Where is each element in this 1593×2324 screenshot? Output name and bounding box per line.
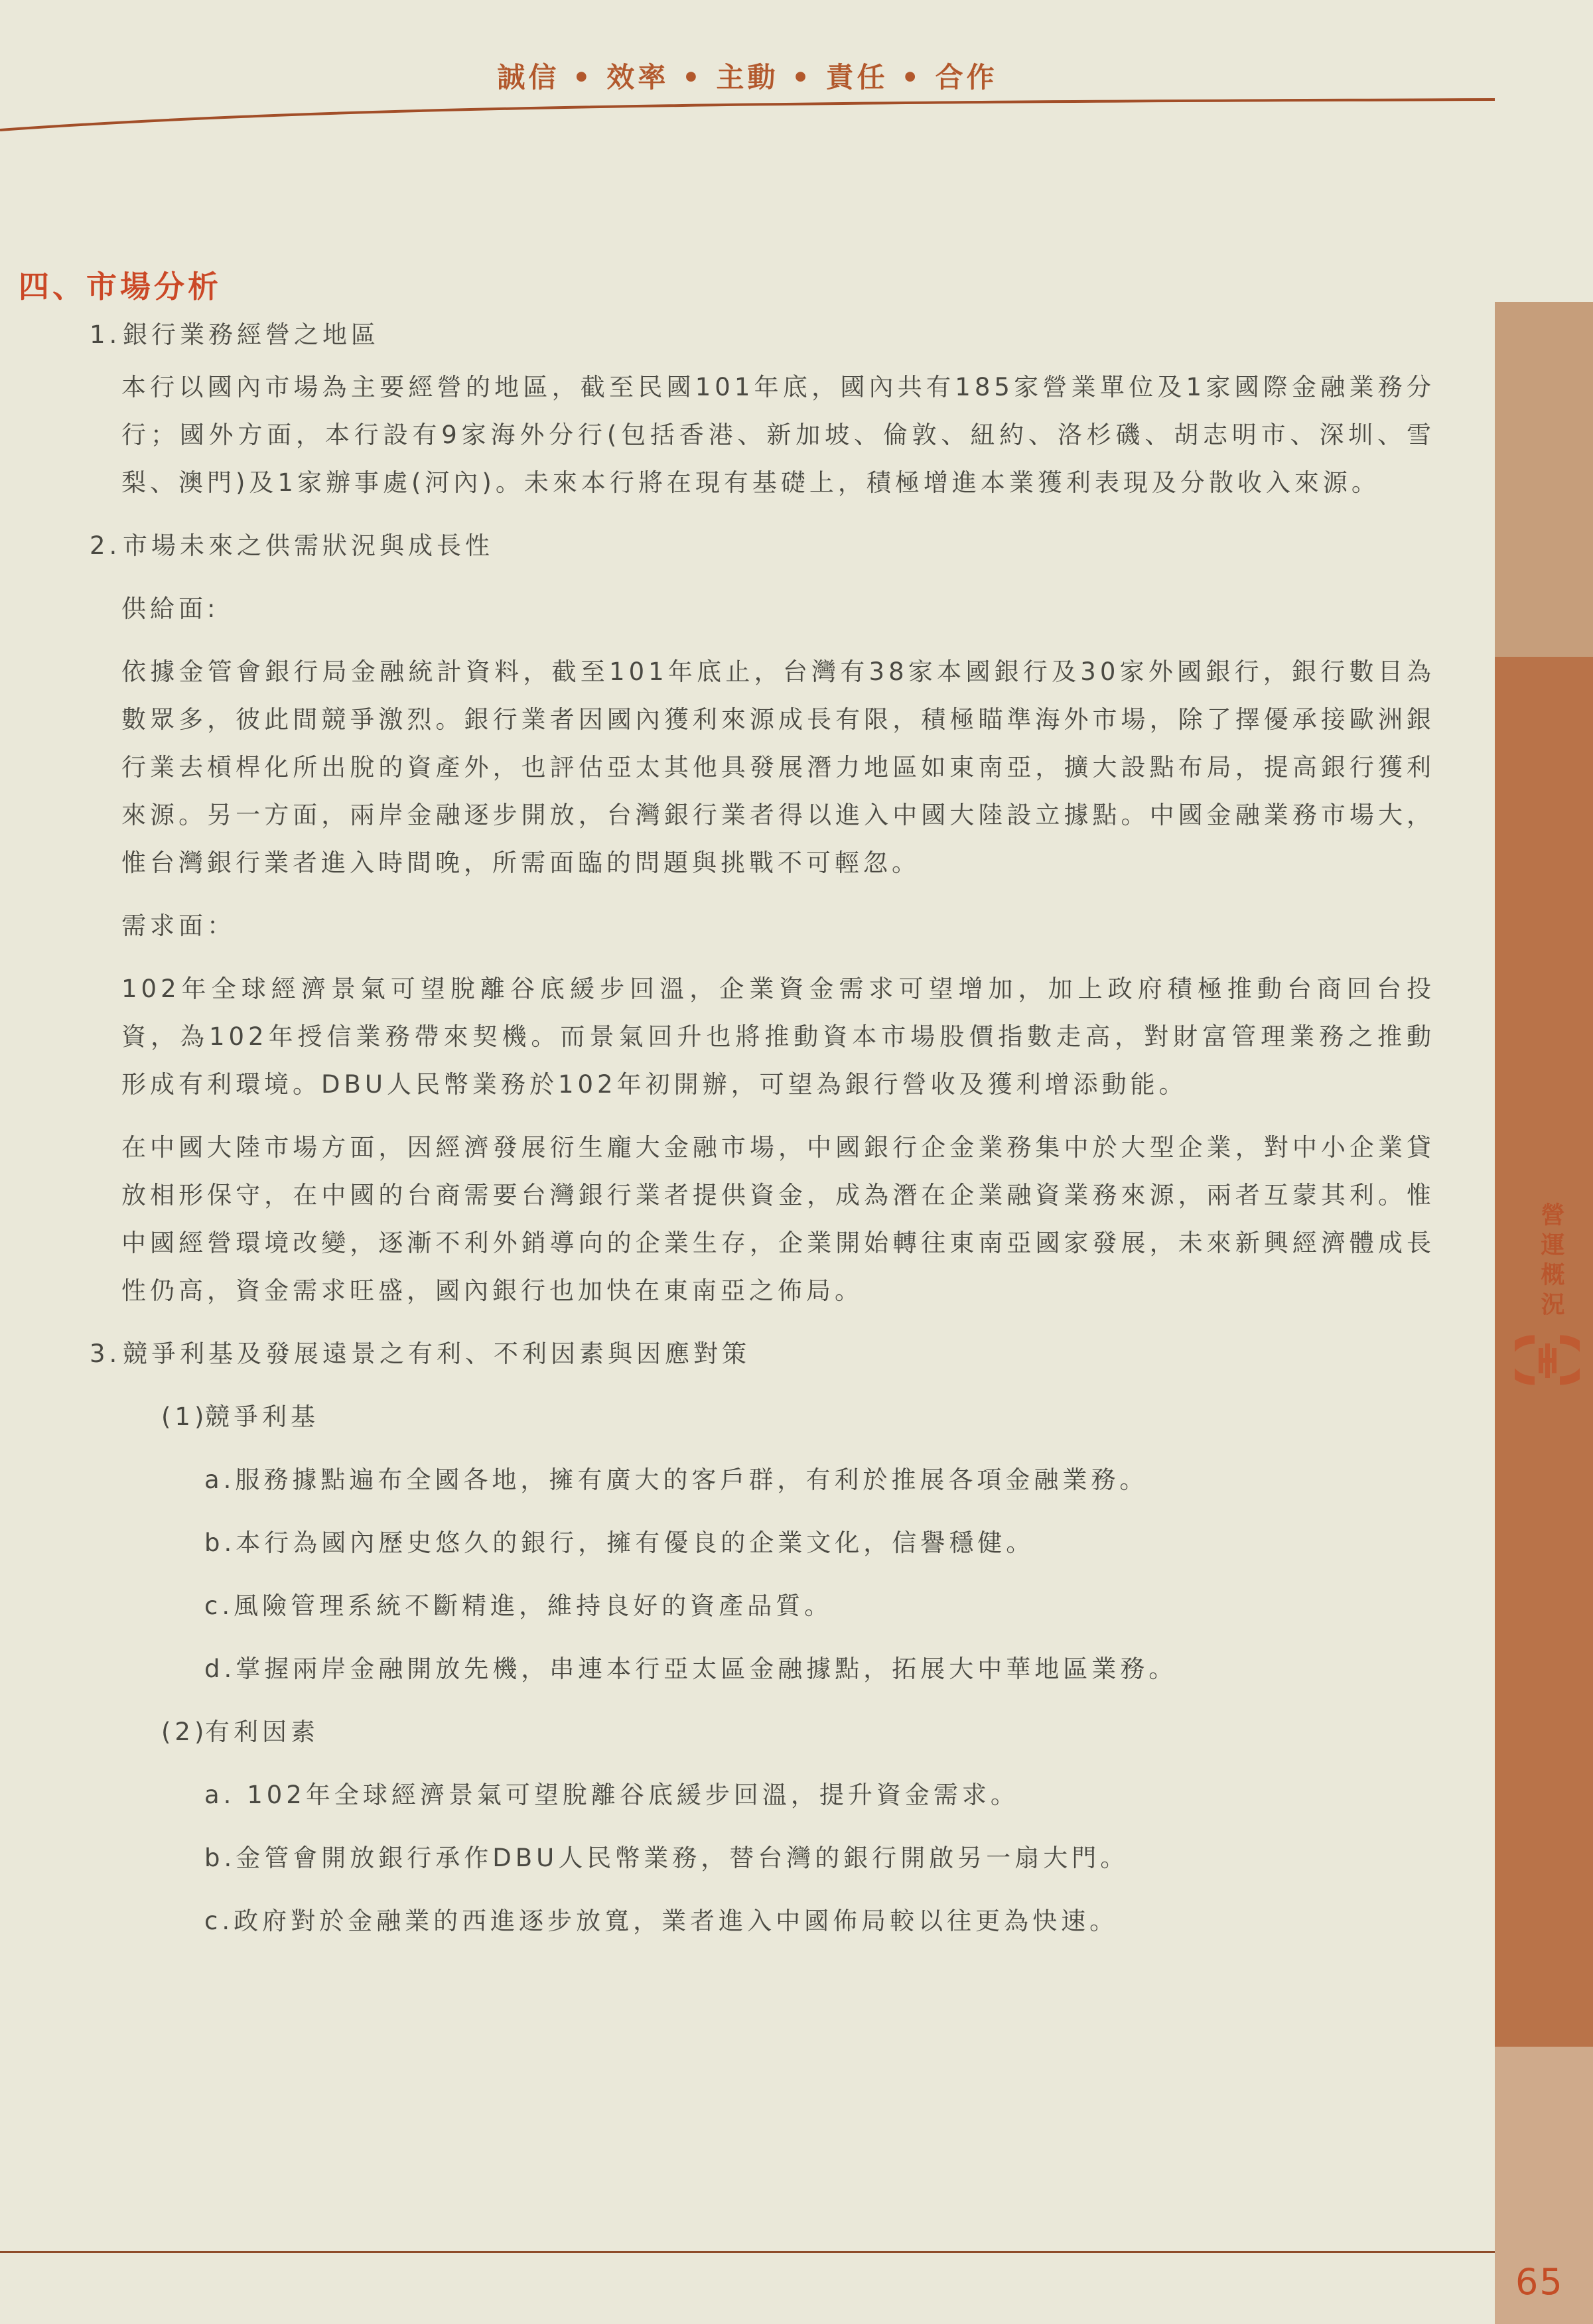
section-1-number: 1.: [90, 311, 123, 359]
header-rule: [0, 97, 1495, 135]
advantage-item-d: d.掌握兩岸金融開放先機，串連本行亞太區金融據點，拓展大中華地區業務。: [204, 1645, 1438, 1693]
china-market-paragraph: 在中國大陸市場方面，因經濟發展衍生龐大金融市場，中國銀行企金業務集中於大型企業，…: [121, 1124, 1435, 1315]
sidebar-section-label: 營運概況: [1534, 1202, 1568, 1322]
section-3-heading: 競爭利基及發展遠景之有利、不利因素與因應對策: [123, 1330, 750, 1378]
header-motto: 誠信 • 效率 • 主動 • 責任 • 合作: [0, 56, 1495, 96]
supply-side-label: 供給面:: [121, 585, 1495, 633]
supply-side-paragraph: 依據金管會銀行局金融統計資料，截至101年底止，台灣有38家本國銀行及30家外國…: [121, 648, 1435, 887]
section-2-number: 2.: [90, 522, 123, 570]
favorable-item-b: b.金管會開放銀行承作DBU人民幣業務，替台灣的銀行開啟另一扇大門。: [204, 1834, 1438, 1882]
subsection-2-heading: 有利因素: [205, 1708, 319, 1756]
subsection-1-heading: 競爭利基: [205, 1393, 319, 1441]
section-2-heading: 市場未來之供需狀況與成長性: [123, 522, 494, 570]
favorable-item-c: c.政府對於金融業的西進逐步放寬，業者進入中國佈局較以往更為快速。: [204, 1897, 1438, 1945]
advantage-item-c: c.風險管理系統不斷精進，維持良好的資產品質。: [204, 1582, 1438, 1630]
document-page: 營運概況 65 誠信 • 效率 • 主動 • 責任 • 合作 四、市場分析 1.…: [0, 0, 1593, 2324]
section-1-heading: 銀行業務經營之地區: [123, 311, 380, 359]
section-3-number: 3.: [90, 1330, 123, 1378]
subsection-1-number: (1): [161, 1393, 205, 1441]
footer-rule: [0, 2251, 1495, 2253]
document-body: 1. 銀行業務經營之地區 本行以國內市場為主要經營的地區，截至民國101年底，國…: [0, 311, 1495, 1945]
subsection-2-heading-row: (2) 有利因素: [161, 1708, 1495, 1756]
section-2-heading-row: 2. 市場未來之供需狀況與成長性: [90, 522, 1495, 570]
sidebar-tan-block-top: [1495, 302, 1593, 657]
section-1-paragraph: 本行以國內市場為主要經營的地區，截至民國101年底，國內共有185家營業單位及1…: [121, 364, 1435, 507]
favorable-item-a: a. 102年全球經濟景氣可望脫離谷底緩步回溫，提升資金需求。: [204, 1771, 1438, 1819]
demand-side-label: 需求面：: [121, 902, 1495, 950]
bank-logo-icon: [1515, 1335, 1580, 1385]
section-1-heading-row: 1. 銀行業務經營之地區: [90, 311, 1495, 359]
section-3-heading-row: 3. 競爭利基及發展遠景之有利、不利因素與因應對策: [90, 1330, 1495, 1378]
advantage-item-b: b.本行為國內歷史悠久的銀行，擁有優良的企業文化，信譽穩健。: [204, 1519, 1438, 1567]
page-number: 65: [1515, 2261, 1564, 2303]
demand-side-paragraph: 102年全球經濟景氣可望脫離谷底緩步回溫，企業資金需求可望增加，加上政府積極推動…: [121, 965, 1435, 1109]
subsection-2-number: (2): [161, 1708, 205, 1756]
advantage-item-a: a.服務據點遍布全國各地，擁有廣大的客戶群，有利於推展各項金融業務。: [204, 1456, 1438, 1504]
page-title: 四、市場分析: [19, 263, 222, 307]
subsection-1-heading-row: (1) 競爭利基: [161, 1393, 1495, 1441]
